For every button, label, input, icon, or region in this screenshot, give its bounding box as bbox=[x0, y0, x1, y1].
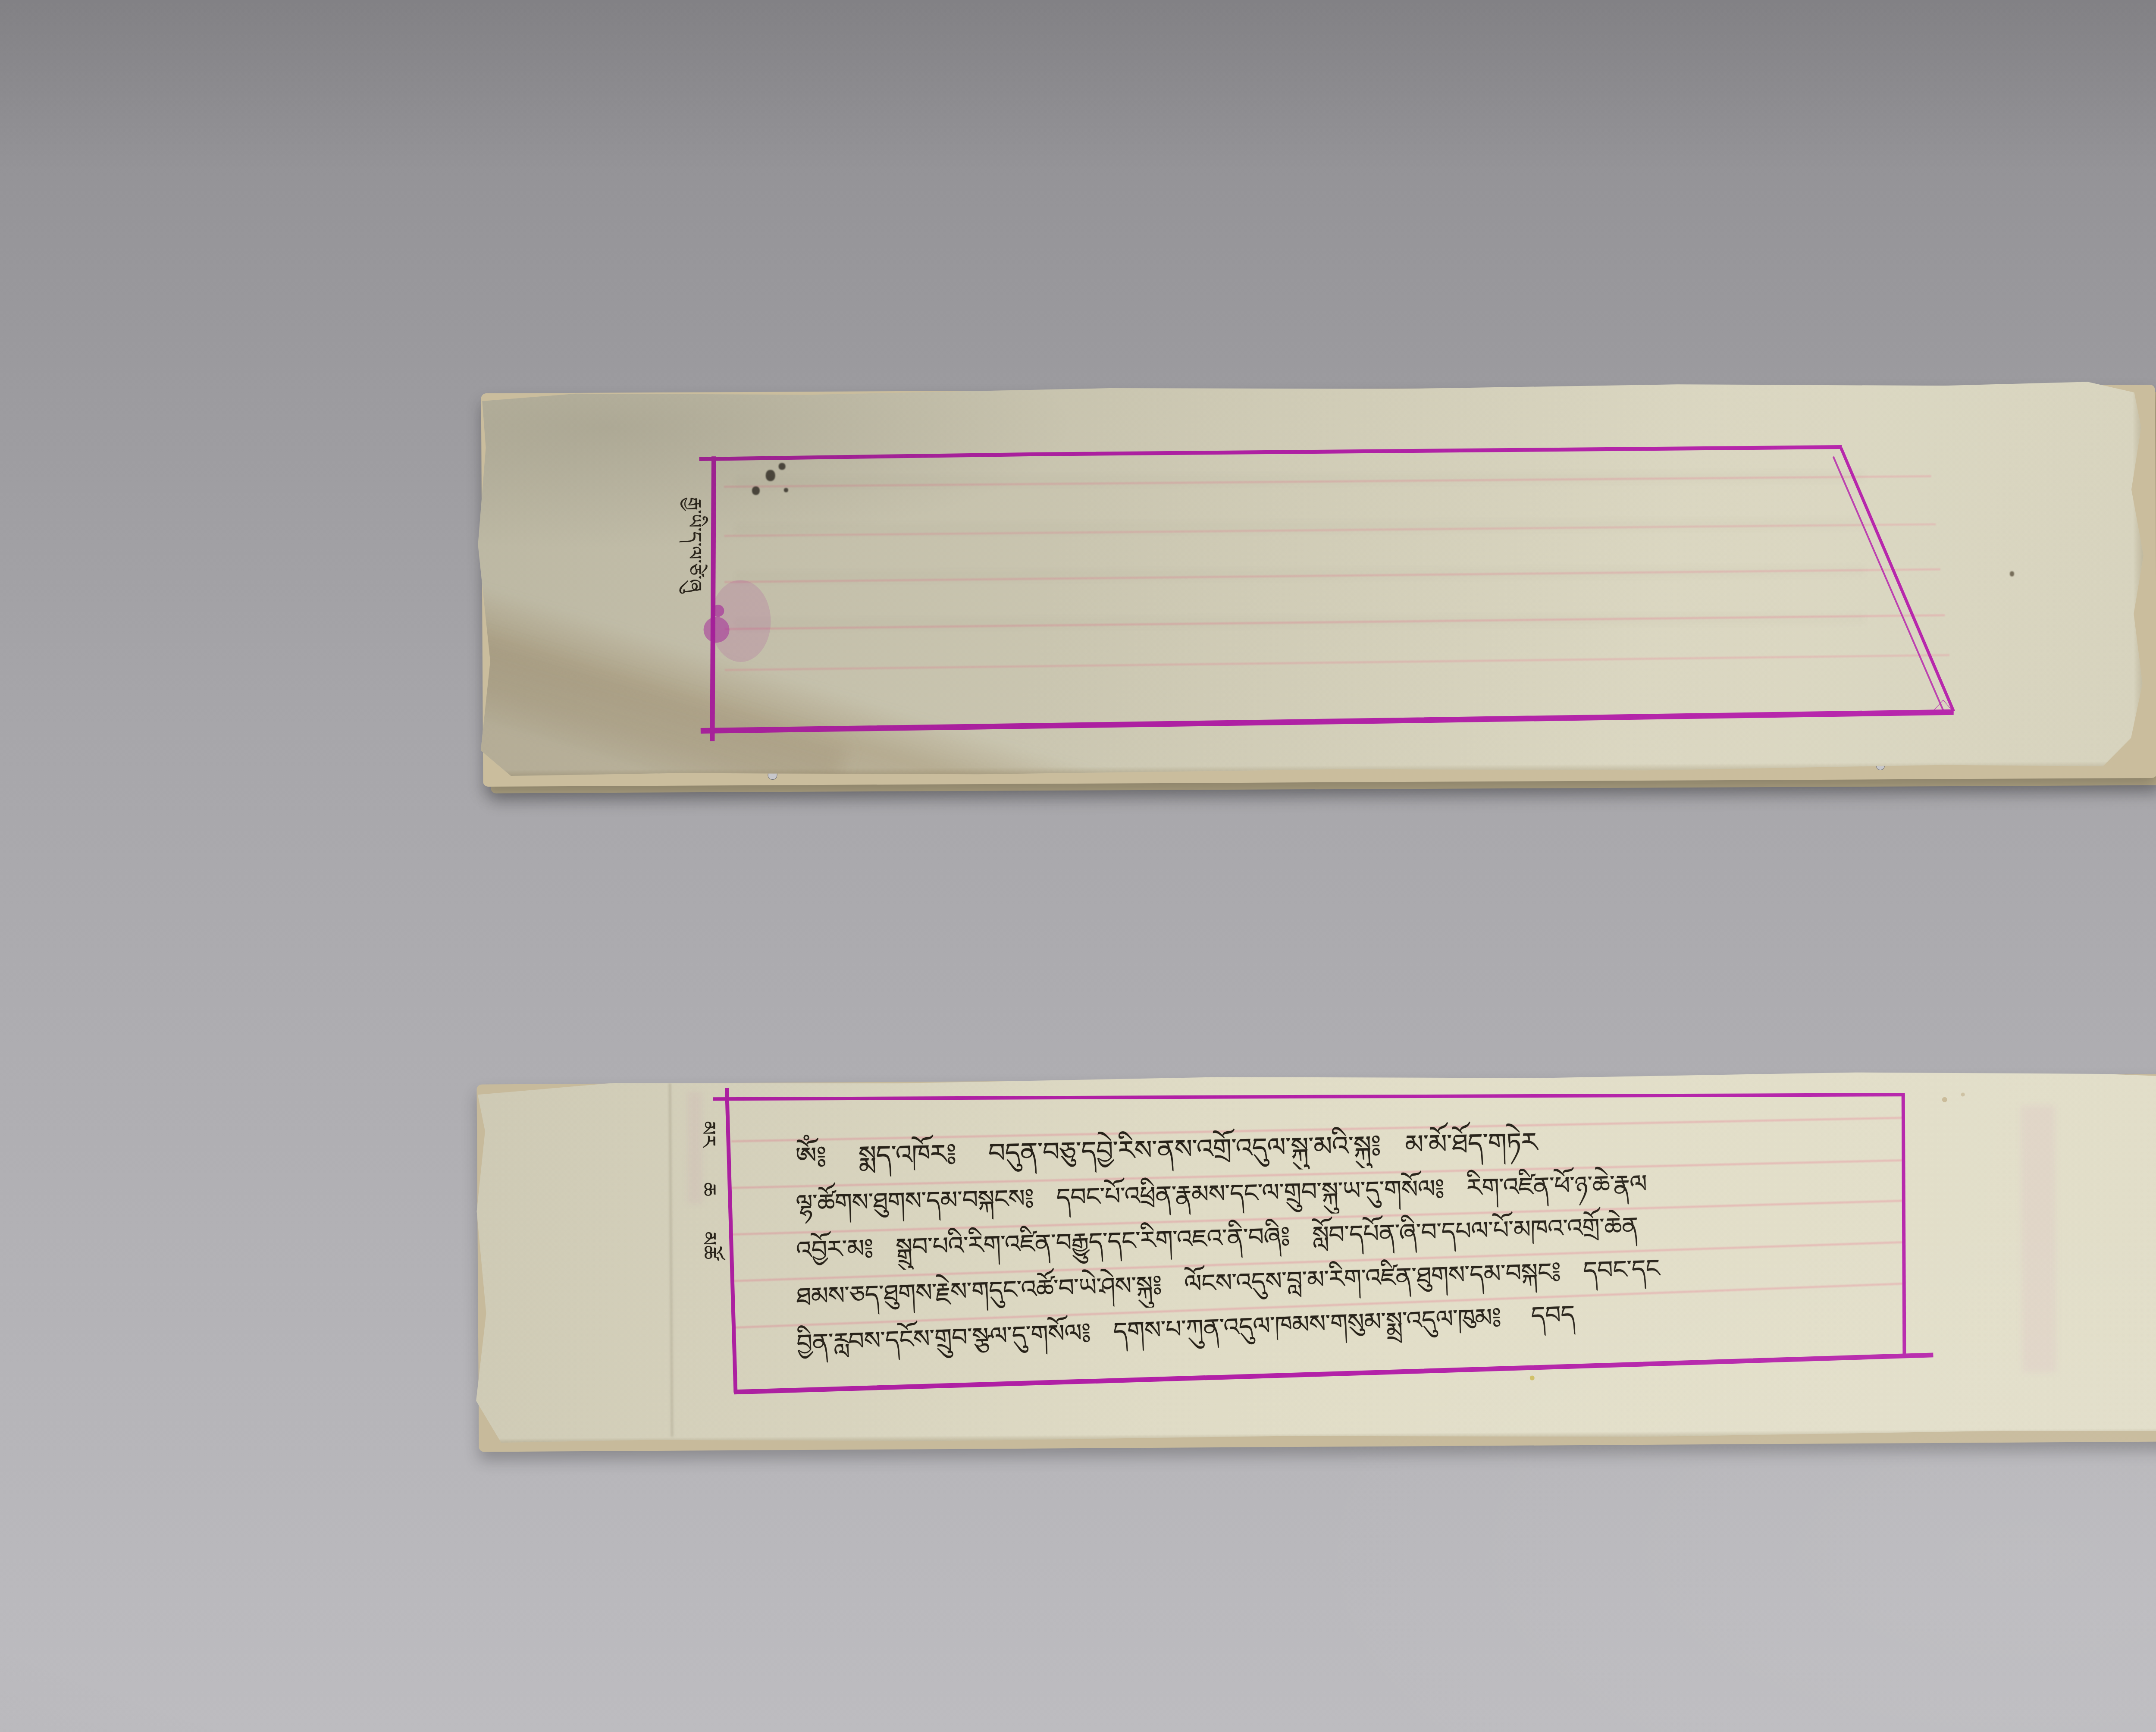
frame-top-line bbox=[713, 1092, 1905, 1102]
frame-bottom-line bbox=[701, 712, 1954, 731]
frame-right-line bbox=[1841, 447, 1953, 712]
frame-left-line bbox=[711, 456, 715, 741]
frame-top-line bbox=[699, 447, 1842, 459]
foxing-spot bbox=[1961, 1092, 1965, 1096]
frame-right-line bbox=[1903, 1095, 1905, 1355]
ink-speck bbox=[752, 486, 760, 495]
paper-fleck bbox=[2010, 571, 2014, 576]
foxing-spot bbox=[1530, 1376, 1535, 1381]
frame-left-line bbox=[727, 1088, 736, 1393]
folio-top-blank-leaf: རྒྱ་ཡི་ད་ལ་ཙེ་ཞུ bbox=[476, 381, 2147, 778]
foxing-spot bbox=[1942, 1097, 1947, 1102]
folio-bottom-text-leaf: ཨོཾ༔ སྨད་འཁོར༔ བདུན་བཅུ་དབྱེ་རིས་ནས་འགྲོ… bbox=[472, 1069, 2156, 1444]
frame-right-inner-line bbox=[1833, 456, 1943, 711]
ink-speck bbox=[784, 488, 788, 492]
ink-speck bbox=[766, 470, 775, 481]
magenta-frame bbox=[476, 381, 2147, 778]
photo-vignette bbox=[0, 0, 2156, 1732]
margin-inscription: མར ཆ མཚོ bbox=[691, 1121, 727, 1324]
manuscript-photograph: རྒྱ་ཡི་ད་ལ་ཙེ་ཞུ ཨོཾ༔ སྨད་འཁོར༔ བདུན་བཅུ… bbox=[0, 0, 2156, 1732]
ink-speck bbox=[779, 463, 786, 470]
ink-haze bbox=[710, 580, 771, 662]
margin-inscription: རྒྱ་ཡི་ད་ལ་ཙེ་ཞུ bbox=[678, 497, 711, 717]
